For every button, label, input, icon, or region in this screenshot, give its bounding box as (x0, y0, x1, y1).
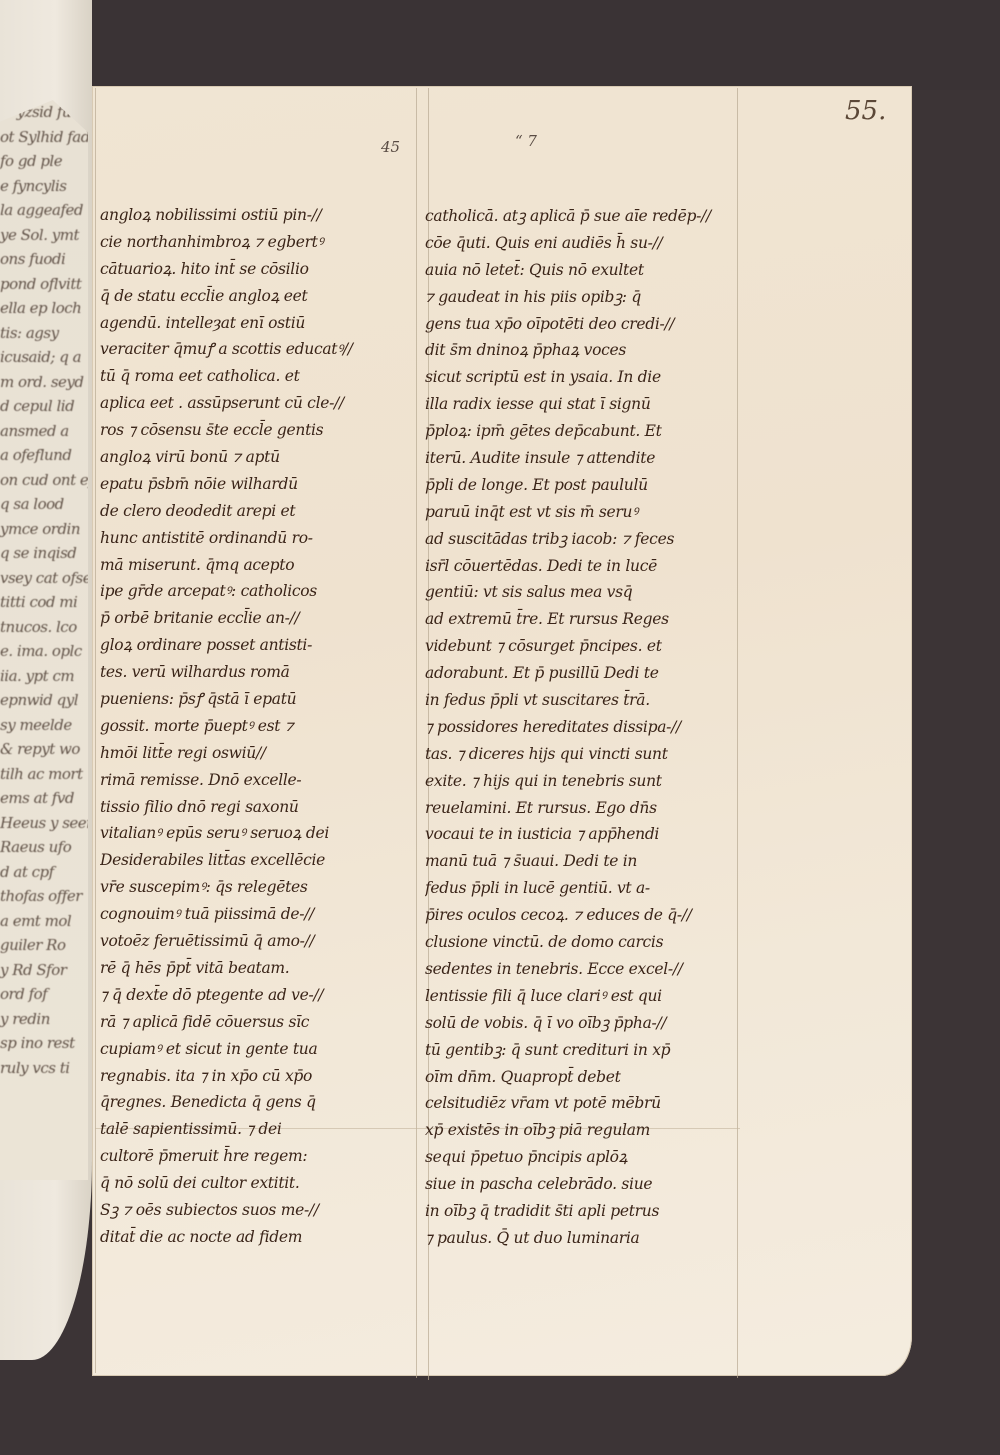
text-line: epnwid qyl (0, 688, 88, 713)
text-line: tū q̄ roma eet catholica. et (100, 363, 412, 390)
text-line: aplica eet . assūpserunt cū cle-// (100, 390, 412, 417)
text-line: solū de vobis. q̄ ī vo oībꝫ p̄pha-// (425, 1010, 747, 1037)
text-line: q̄ nō solū dei cultor extitit. (100, 1170, 412, 1197)
text-line: e fyncylis (0, 174, 88, 199)
text-line: hunc antistitē ordinandū ro- (100, 525, 412, 552)
text-line: q̄ de statu eccl̄ie angloꝝ eet (100, 283, 412, 310)
text-line: ems at fvd (0, 786, 88, 811)
text-line: p̄pli de longe. Et post paululū (425, 472, 747, 499)
ruling-line-col-a-right (416, 88, 417, 1378)
text-line: la aggeafed (0, 198, 88, 223)
text-line: q se inqisd (0, 541, 88, 566)
text-line: q̄regnes. Benedicta q̄ gens q̄ (100, 1089, 412, 1116)
text-line: sicut scriptū est in ysaia. In die (425, 364, 747, 391)
text-column-b: catholicā. atꝫ aplicā p̄ sue aīe redēp-/… (425, 203, 747, 1252)
text-line: adorabunt. Et p̄ pusillū Dedi te (425, 660, 747, 687)
text-line: titti cod mi (0, 590, 88, 615)
text-line: cie northanhimbroꝝ ⁊ egbertꝰ (100, 229, 412, 256)
text-line: auia nō letet̄: Quis nō exultet (425, 257, 747, 284)
text-line: mā miserunt. q̄mq acepto (100, 552, 412, 579)
text-line: ot Sylhid fad (0, 125, 88, 150)
text-line: cognouimꝰ tuā piissimā de-// (100, 901, 412, 928)
text-line: tnucos. lco (0, 615, 88, 640)
text-line: vitalianꝰ epūs seruꝰ seruoꝝ dei (100, 820, 412, 847)
text-line: tis: agsy (0, 321, 88, 346)
background-top (0, 0, 1000, 90)
text-line: tū gentibꝫ: q̄ sunt credituri in xp̄ (425, 1037, 747, 1064)
text-line: Desiderabiles litt̄as excellēcie (100, 847, 412, 874)
text-line: oīm dn̄m. Quapropt̄ debet (425, 1064, 747, 1091)
text-line: cultorē p̄meruit h̄re regem: (100, 1143, 412, 1170)
text-line: paruū inq̄t est vt sis m̄ seruꝰ (425, 499, 747, 526)
text-line: q sa lood (0, 492, 88, 517)
text-line: pueniens: p̄sꝭ q̄stā ī epatū (100, 686, 412, 713)
text-line: Sꝫ ⁊ oēs subiectos suos me-// (100, 1197, 412, 1224)
text-line: agendū. intelleȝat enī ostiū (100, 310, 412, 337)
text-line: isr̄l cōuertēdas. Dedi te in lucē (425, 553, 747, 580)
text-line: catholicā. atꝫ aplicā p̄ sue aīe redēp-/… (425, 203, 747, 230)
text-line: tissio filio dnō regi saxonū (100, 794, 412, 821)
text-line: siue in pascha celebrādo. siue (425, 1171, 747, 1198)
text-line: hmōi litt̄e regi oswiū// (100, 740, 412, 767)
text-line: a ofeflund (0, 443, 88, 468)
text-line: p̄ires oculos cecoꝝ. ⁊ educes de q̄-// (425, 902, 747, 929)
text-line: a emt mol (0, 909, 88, 934)
text-line: p̄ orbē britanie eccl̄ie an-// (100, 605, 412, 632)
text-line: veraciter q̄muꝭ a scottis educatꝰ// (100, 336, 412, 363)
pencil-note-right: “ 7 (515, 132, 537, 150)
text-line: gentiū: vt sis salus mea vsq̄ (425, 579, 747, 606)
text-line: ros ⁊ cōsensu s̄te eccl̄e gentis (100, 417, 412, 444)
text-line: guiler Ro (0, 933, 88, 958)
text-line: angloꝝ nobilissimi ostiū pin-// (100, 202, 412, 229)
text-line: vocaui te in iusticia ⁊ app̄hendi (425, 821, 747, 848)
text-line: celsitudiēz vr̄am vt potē mēbrū (425, 1090, 747, 1117)
text-column-a: angloꝝ nobilissimi ostiū pin-//cie north… (100, 202, 412, 1251)
text-line: dit s̄m dninoꝝ p̄phaꝝ voces (425, 337, 747, 364)
text-line: illa radix iesse qui stat ī signū (425, 391, 747, 418)
text-line: in fedus p̄pli vt suscitares t̄rā. (425, 687, 747, 714)
text-line: tilh ac mort (0, 762, 88, 787)
text-line: clusione vinctū. de domo carcis (425, 929, 747, 956)
text-line: m ord. seyd (0, 370, 88, 395)
text-line: fo gd ple (0, 149, 88, 174)
text-line: rē q̄ hēs p̄pt̄ vitā beatam. (100, 955, 412, 982)
text-line: reuelamini. Et rursus. Ego dn̄s (425, 795, 747, 822)
text-line: ruly vcs ti (0, 1056, 88, 1081)
text-line: rā ⁊ aplicā fidē cōuersus sīc (100, 1009, 412, 1036)
text-line: de clero deodedit arepi et (100, 498, 412, 525)
text-line: Heeus y seem (0, 811, 88, 836)
facing-page-text: w yzsid fuot Sylhid fadfo gd plee fyncyl… (0, 100, 88, 1180)
text-line: pond oflvitt (0, 272, 88, 297)
text-line: ella ep loch (0, 296, 88, 321)
text-line: gossit. morte p̄ueptꝰ est ⁊ (100, 713, 412, 740)
text-line: e. ima. oplc (0, 639, 88, 664)
text-line: p̄ploꝝ: ipm̄ gētes dep̄cabunt. Et (425, 418, 747, 445)
pencil-note-left: 45 (381, 138, 400, 156)
text-line: ⁊ paulus. Q̄ ut duo luminaria (425, 1225, 747, 1252)
text-line: thofas offer (0, 884, 88, 909)
text-line: epatu p̄sbm̄ nōie wilhardū (100, 471, 412, 498)
text-line: votoēz feruētissimū q̄ amo-// (100, 928, 412, 955)
text-line: ⁊ gaudeat in his piis opibꝫ: q̄ (425, 284, 747, 311)
text-line: rimā remisse. Dnō excelle- (100, 767, 412, 794)
text-line: iterū. Audite insule ⁊ attendite (425, 445, 747, 472)
text-line: manū tuā ⁊ s̄uaui. Dedi te in (425, 848, 747, 875)
text-line: ymce ordin (0, 517, 88, 542)
text-line: gloꝝ ordinare posset antisti- (100, 632, 412, 659)
ruling-line-left-margin (95, 88, 96, 1373)
text-line: ad suscitādas tribꝫ iacob: ⁊ feces (425, 526, 747, 553)
text-line: y Rd Sfor (0, 958, 88, 983)
text-line: talē sapientissimū. ⁊ dei (100, 1116, 412, 1143)
text-line: tas. ⁊ diceres hijs qui vincti sunt (425, 741, 747, 768)
text-line: d cepul lid (0, 394, 88, 419)
text-line: y redin (0, 1007, 88, 1032)
text-line: ansmed a (0, 419, 88, 444)
text-line: ⁊ q̄ dext̄e dō ptegente ad ve-// (100, 982, 412, 1009)
text-line: ad extremū t̄re. Et rursus Reges (425, 606, 747, 633)
text-line: & repyt wo (0, 737, 88, 762)
text-line: vr̄e suscepimꝰ: q̄s relegētes (100, 874, 412, 901)
text-line: sp ino rest (0, 1031, 88, 1056)
text-line: ditat̄ die ac nocte ad fidem (100, 1224, 412, 1251)
text-line: tes. verū wilhardus romā (100, 659, 412, 686)
text-line: sedentes in tenebris. Ecce excel-// (425, 956, 747, 983)
text-line: exite. ⁊ hijs qui in tenebris sunt (425, 768, 747, 795)
text-line: icusaid; q a (0, 345, 88, 370)
text-line: cōe q̄uti. Quis eni audiēs h̄ su-// (425, 230, 747, 257)
text-line: lentissie fili q̄ luce clariꝰ est qui (425, 983, 747, 1010)
text-line: videbunt ⁊ cōsurget p̄ncipes. et (425, 633, 747, 660)
text-line: fedus p̄pli in lucē gentiū. vt a- (425, 875, 747, 902)
text-line: iia. ypt cm (0, 664, 88, 689)
text-line: xp̄ existēs in oībꝫ piā regulam (425, 1117, 747, 1144)
text-line: Raeus ufo (0, 835, 88, 860)
text-line: ipe gr̄de arcepatꝰ: catholicos (100, 578, 412, 605)
facing-page-left: w yzsid fuot Sylhid fadfo gd plee fyncyl… (0, 0, 92, 1360)
folio-number: 55. (845, 96, 886, 126)
text-line: sy meelde (0, 713, 88, 738)
text-line: ye Sol. ymt (0, 223, 88, 248)
text-line: ons fuodi (0, 247, 88, 272)
text-line: regnabis. ita ⁊ in xp̄o cū xp̄o (100, 1063, 412, 1090)
text-line: in oībꝫ q̄ tradidit s̄ti apli petrus (425, 1198, 747, 1225)
text-line: ⁊ possidores hereditates dissipa-// (425, 714, 747, 741)
text-line: vsey cat ofse (0, 566, 88, 591)
text-line: d at cpf (0, 860, 88, 885)
text-line: sequi p̄petuo p̄ncipis aplōꝝ (425, 1144, 747, 1171)
text-line: cātuarioꝝ. hito int̄ se cōsilio (100, 256, 412, 283)
text-line: angloꝝ virū bonū ⁊ aptū (100, 444, 412, 471)
text-line: w yzsid fu (0, 100, 88, 125)
text-line: gens tua xp̄o oīpotēti deo credi-// (425, 311, 747, 338)
text-line: ord fof (0, 982, 88, 1007)
text-line: on cud ont ef (0, 468, 88, 493)
text-line: cupiamꝰ et sicut in gente tua (100, 1036, 412, 1063)
